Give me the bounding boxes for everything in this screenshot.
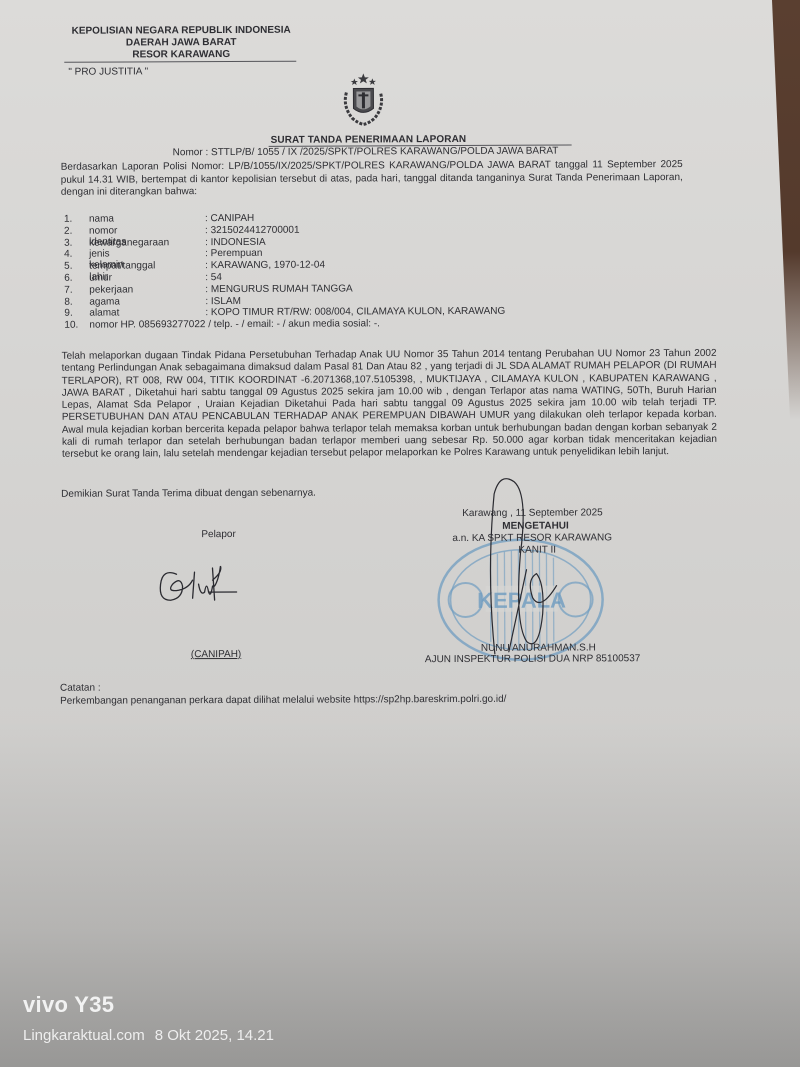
letterhead-line-3: RESOR KARAWANG	[67, 49, 295, 62]
incident-description: Telah melaporkan dugaan Tindak Pidana Pe…	[62, 348, 717, 462]
notes-text: Perkembangan penanganan perkara dapat di…	[60, 694, 506, 707]
notes-label: Catatan :	[60, 683, 101, 694]
camera-watermark-device: vivo Y35	[23, 992, 114, 1018]
letterhead-line-2: DAERAH JAWA BARAT	[67, 37, 295, 50]
document-number: Nomor : STTLP/B/ 1055 / IX /2025/SPKT/PO…	[173, 146, 559, 159]
official-name: NUNU ANURAHMAN.S.H	[481, 642, 596, 654]
reporter-name: (CANIPAH)	[191, 649, 241, 660]
official-signature-icon	[480, 474, 561, 659]
police-emblem-icon	[338, 72, 388, 126]
official-rank: AJUN INSPEKTUR POLISI DUA NRP 85100537	[425, 653, 641, 665]
watermark-source: Lingkaraktual.com	[23, 1027, 145, 1044]
document-title: SURAT TANDA PENERIMAAN LAPORAN	[271, 134, 467, 146]
photo-shadow	[0, 720, 800, 1067]
letterhead-line-1: KEPOLISIAN NEGARA REPUBLIK INDONESIA	[67, 25, 295, 38]
closing-statement: Demikian Surat Tanda Terima dibuat denga…	[61, 488, 316, 500]
letterhead: KEPOLISIAN NEGARA REPUBLIK INDONESIA DAE…	[67, 25, 295, 62]
watermark-timestamp: 8 Okt 2025, 14.21	[155, 1027, 274, 1044]
pro-justitia: " PRO JUSTITIA "	[68, 66, 148, 77]
reporter-signature-icon	[152, 562, 237, 610]
camera-watermark-info: Lingkaraktual.com8 Okt 2025, 14.21	[23, 1027, 274, 1044]
intro-paragraph: Berdasarkan Laporan Polisi Nomor: LP/B/1…	[61, 159, 683, 199]
reporter-label: Pelapor	[201, 529, 236, 540]
